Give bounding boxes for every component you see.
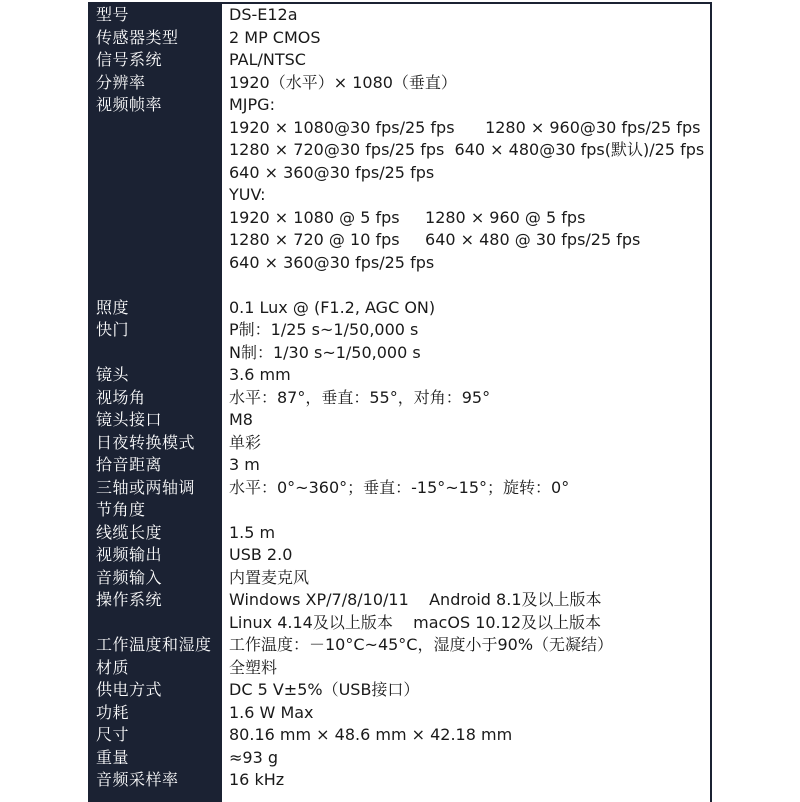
spec-value: 0.1 Lux @ (F1.2, AGC ON) [229, 297, 435, 320]
value-column: DS-E12a2 MP CMOSPAL/NTSC1920（水平）× 1080（垂… [222, 4, 712, 800]
spec-value: Windows XP/7/8/10/11 Android 8.1及以上版本 [229, 589, 602, 612]
spec-value: 水平：0°~360°；垂直：-15°~15°；旋转：0° [229, 477, 569, 500]
spec-label: 镜头 [96, 364, 129, 387]
spec-value: PAL/NTSC [229, 49, 306, 72]
spec-value: 水平：87°，垂直：55°，对角：95° [229, 387, 490, 410]
spec-label: 镜头接口 [96, 409, 162, 432]
spec-label: 节角度 [96, 499, 146, 522]
spec-value: 640 × 360@30 fps/25 fps [229, 252, 434, 275]
spec-value: DS-E12a [229, 4, 298, 27]
spec-label: 工作温度和湿度 [96, 634, 212, 657]
spec-label: 快门 [96, 319, 129, 342]
spec-value: M8 [229, 409, 253, 432]
spec-label: 供电方式 [96, 679, 162, 702]
spec-value: 1920 × 1080 @ 5 fps 1280 × 960 @ 5 fps [229, 207, 585, 230]
spec-label: 视场角 [96, 387, 146, 410]
spec-label: 视频输出 [96, 544, 162, 567]
spec-value: DC 5 V±5%（USB接口） [229, 679, 419, 702]
spec-label: 三轴或两轴调 [96, 477, 195, 500]
spec-label: 线缆长度 [96, 522, 162, 545]
spec-label: 传感器类型 [96, 27, 179, 50]
spec-label: 日夜转换模式 [96, 432, 195, 455]
spec-value: 1280 × 720 @ 10 fps 640 × 480 @ 30 fps/2… [229, 229, 640, 252]
spec-label: 音频输入 [96, 567, 162, 590]
spec-label: 重量 [96, 747, 129, 770]
spec-label: 材质 [96, 657, 129, 680]
spec-label: 分辨率 [96, 72, 146, 95]
spec-value: 16 kHz [229, 769, 284, 792]
spec-label: 音频采样率 [96, 769, 179, 792]
spec-label: 拾音距离 [96, 454, 162, 477]
spec-value: 3 m [229, 454, 260, 477]
spec-label: 视频帧率 [96, 94, 162, 117]
label-column: 型号传感器类型信号系统分辨率视频帧率照度快门镜头视场角镜头接口日夜转换模式拾音距… [88, 4, 222, 800]
spec-label: 型号 [96, 4, 129, 27]
spec-value: 工作温度：－10°C~45°C，湿度小于90%（无凝结） [229, 634, 613, 657]
spec-value: 1280 × 720@30 fps/25 fps 640 × 480@30 fp… [229, 139, 704, 162]
spec-label: 信号系统 [96, 49, 162, 72]
spec-value: YUV: [229, 184, 266, 207]
spec-value: 1920（水平）× 1080（垂直） [229, 72, 457, 95]
spec-value: P制：1/25 s~1/50,000 s [229, 319, 418, 342]
spec-value: 单彩 [229, 432, 261, 455]
spec-value: MJPG: [229, 94, 275, 117]
spec-value: 全塑料 [229, 657, 277, 680]
spec-value: N制：1/30 s~1/50,000 s [229, 342, 421, 365]
spec-table: 型号传感器类型信号系统分辨率视频帧率照度快门镜头视场角镜头接口日夜转换模式拾音距… [88, 2, 712, 800]
spec-value: USB 2.0 [229, 544, 292, 567]
spec-value: 1920 × 1080@30 fps/25 fps 1280 × 960@30 … [229, 117, 700, 140]
spec-label: 照度 [96, 297, 129, 320]
spec-value: 内置麦克风 [229, 567, 309, 590]
spec-value: 3.6 mm [229, 364, 291, 387]
spec-value: 80.16 mm × 48.6 mm × 42.18 mm [229, 724, 512, 747]
spec-value: 1.5 m [229, 522, 275, 545]
spec-label: 操作系统 [96, 589, 162, 612]
spec-label: 功耗 [96, 702, 129, 725]
spec-value: Linux 4.14及以上版本 macOS 10.12及以上版本 [229, 612, 601, 635]
spec-value: ≈93 g [229, 747, 278, 770]
spec-value: 1.6 W Max [229, 702, 314, 725]
spec-label: 尺寸 [96, 724, 129, 747]
spec-value: 640 × 360@30 fps/25 fps [229, 162, 434, 185]
spec-value: 2 MP CMOS [229, 27, 321, 50]
